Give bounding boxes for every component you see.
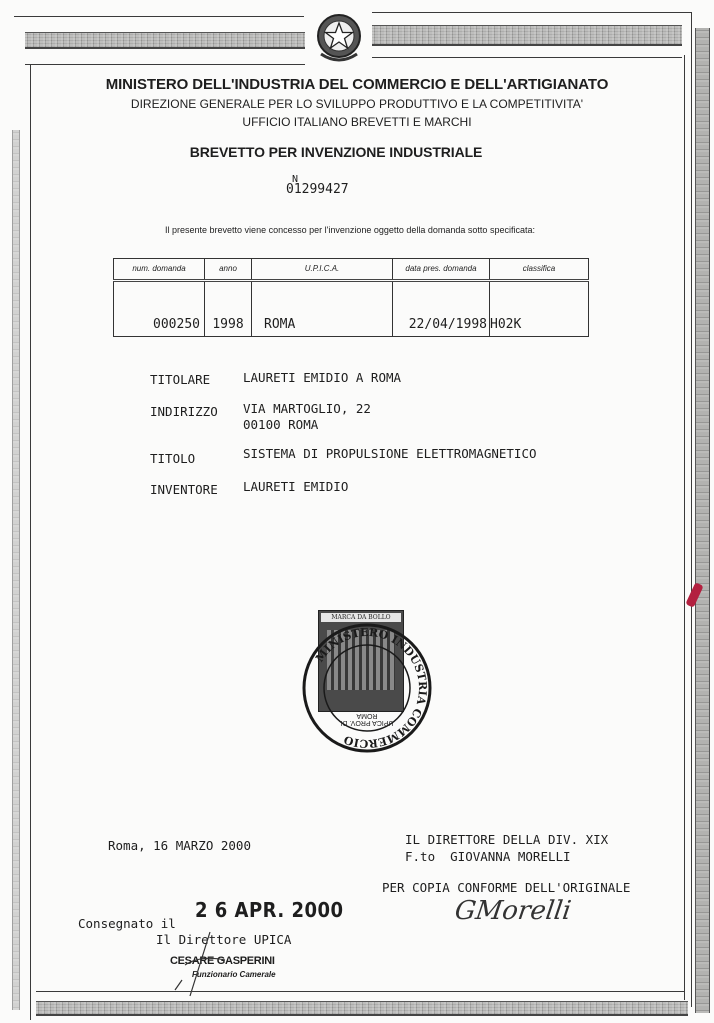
cell-upica: ROMA: [252, 281, 393, 337]
right-inner-line: [684, 55, 685, 1000]
top-rule-right: [372, 12, 692, 13]
header-rule-left: [25, 64, 305, 65]
field-value-indirizzo: VIA MARTOGLIO, 22: [243, 401, 371, 417]
directorate-heading: DIREZIONE GENERALE PER LO SVILUPPO PRODU…: [0, 97, 714, 111]
table-header-row: num. domanda anno U.P.I.C.A. data pres. …: [114, 259, 589, 281]
bottom-band: [36, 1001, 688, 1016]
cell-num-domanda: 000250: [114, 281, 205, 337]
header-upica: U.P.I.C.A.: [252, 259, 393, 281]
header-classifica: classifica: [490, 259, 589, 281]
intro-text: Il presente brevetto viene concesso per …: [0, 225, 700, 235]
italian-republic-emblem-icon: [313, 10, 365, 66]
top-band-left: [25, 32, 305, 49]
place-date: Roma, 16 MARZO 2000: [108, 838, 251, 853]
table-row: 000250 1998 ROMA 22/04/1998 H02K: [114, 281, 589, 337]
left-border-line: [30, 65, 31, 1020]
cell-data-pres: 22/04/1998: [393, 281, 490, 337]
cell-anno: 1998: [205, 281, 252, 337]
cell-classifica: H02K: [490, 281, 589, 337]
office-heading: UFFICIO ITALIANO BREVETTI E MARCHI: [0, 115, 714, 129]
patent-number-prefix: N: [292, 174, 298, 185]
ministry-heading: MINISTERO DELL'INDUSTRIA DEL COMMERCIO E…: [0, 76, 714, 93]
revenue-stamp-label: MARCA DA BOLLO: [321, 613, 401, 622]
field-value-inventore: LAURETI EMIDIO: [243, 479, 348, 495]
copy-signature: GMorelli: [453, 896, 573, 926]
field-value-indirizzo-line2: 00100 ROMA: [243, 417, 318, 433]
patent-number: N 01299427: [286, 182, 349, 197]
field-label-inventore: INVENTORE: [150, 482, 218, 497]
director-title: IL DIRETTORE DELLA DIV. XIX: [405, 832, 608, 847]
top-rule-left: [14, 16, 304, 17]
header-data-pres: data pres. domanda: [393, 259, 490, 281]
application-table: num. domanda anno U.P.I.C.A. data pres. …: [113, 258, 589, 337]
right-outer-line: [691, 12, 692, 1007]
official-signature: [170, 930, 230, 1000]
field-value-titolo: SISTEMA DI PROPULSIONE ELETTROMAGNETICO: [243, 446, 537, 462]
top-band-right: [372, 25, 682, 46]
delivered-date-stamp: 2 6 APR. 2000: [195, 898, 344, 922]
header-num-domanda: num. domanda: [114, 259, 205, 281]
director-name: F.to GIOVANNA MORELLI: [405, 849, 571, 864]
seal-inner-text: UPICA PROV. DI ROMA: [331, 712, 403, 726]
field-value-titolare: LAURETI EMIDIO A ROMA: [243, 370, 401, 386]
field-label-indirizzo: INDIRIZZO: [150, 404, 218, 419]
document-type-title: BREVETTO PER INVENZIONE INDUSTRIALE: [0, 144, 672, 160]
delivered-label: Consegnato il: [78, 916, 176, 931]
official-seal: MINISTERO INDUSTRIA COMMERCIO UPICA PROV…: [301, 622, 433, 754]
left-border-band: [12, 130, 20, 1010]
right-border-band: [695, 28, 710, 1013]
bottom-rule: [36, 991, 684, 992]
header-anno: anno: [205, 259, 252, 281]
header-rule-right: [372, 57, 682, 58]
field-label-titolare: TITOLARE: [150, 372, 210, 387]
field-label-titolo: TITOLO: [150, 451, 195, 466]
copy-conformity-note: PER COPIA CONFORME DELL'ORIGINALE: [382, 880, 630, 895]
